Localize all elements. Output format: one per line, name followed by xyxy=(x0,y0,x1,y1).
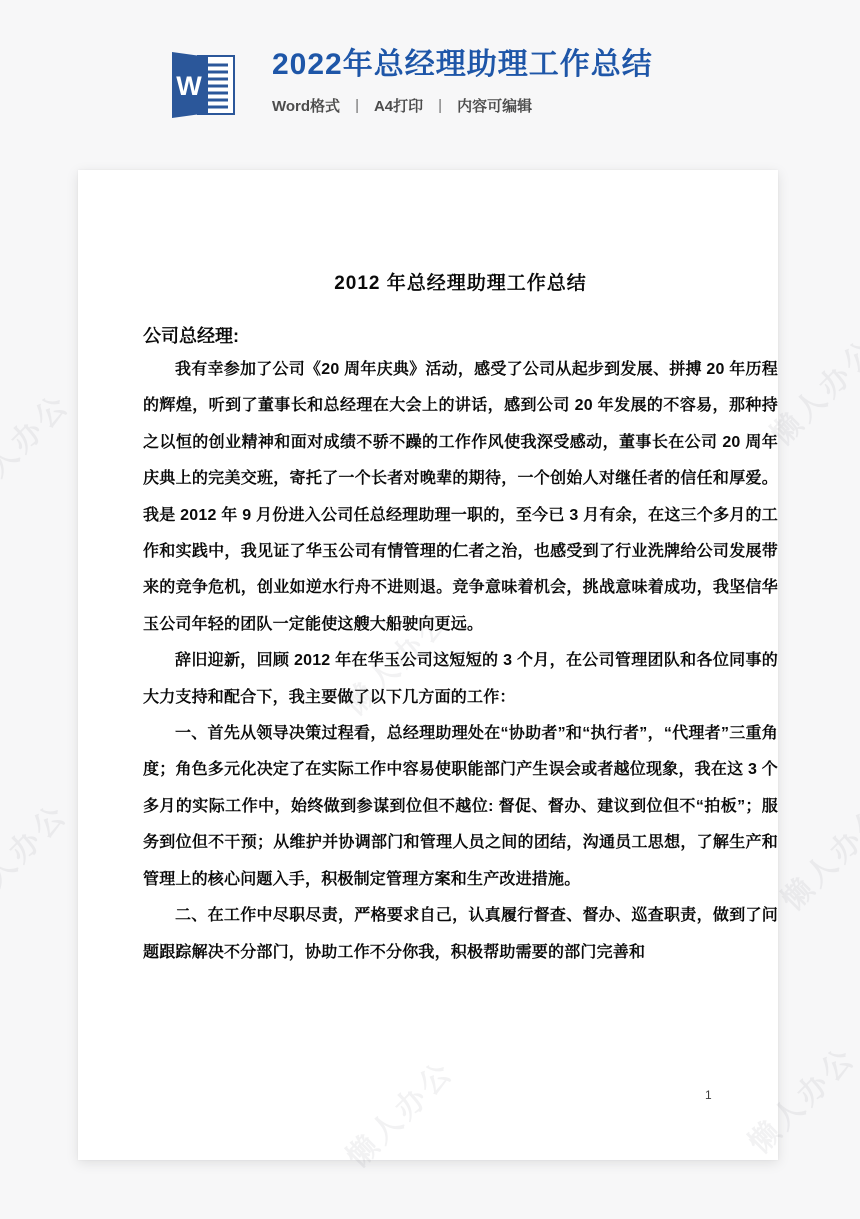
paragraph: 辞旧迎新，回顾 2012 年在华玉公司这短短的 3 个月，在公司管理团队和各位同… xyxy=(143,643,778,716)
paragraph: 二、在工作中尽职尽责，严格要求自己，认真履行督查、督办、巡查职责，做到了问题跟踪… xyxy=(143,898,778,971)
word-logo-icon: W xyxy=(162,48,240,124)
subtitle-item-print: A4打印 xyxy=(374,95,423,116)
paragraph: 我有幸参加了公司《20 周年庆典》活动，感受了公司从起步到发展、拼搏 20 年历… xyxy=(143,352,778,643)
paragraph: 一、首先从领导决策过程看，总经理助理处在“协助者”和“执行者”，“代理者”三重角… xyxy=(143,716,778,898)
subtitle-item-editable: 内容可编辑 xyxy=(457,95,532,116)
header-text: 2022年总经理助理工作总结 Word格式 | A4打印 | 内容可编辑 xyxy=(272,48,653,116)
subtitle-separator: | xyxy=(355,97,359,114)
word-icon-letter: W xyxy=(176,71,202,101)
page-number: 1 xyxy=(705,1088,712,1102)
document-body: 我有幸参加了公司《20 周年庆典》活动，感受了公司从起步到发展、拼搏 20 年历… xyxy=(143,352,778,971)
document-title: 2012 年总经理助理工作总结 xyxy=(143,268,778,295)
subtitle-item-format: Word格式 xyxy=(272,95,340,116)
watermark: 懒人办公 xyxy=(769,791,860,918)
header: W 2022年总经理助理工作总结 Word格式 | A4打印 | 内容可编辑 xyxy=(162,48,653,124)
watermark: 懒人办公 xyxy=(0,381,78,508)
document-content: 2012 年总经理助理工作总结 公司总经理: 我有幸参加了公司《20 周年庆典》… xyxy=(143,268,778,971)
subtitle-separator: | xyxy=(438,97,442,114)
page-subtitle: Word格式 | A4打印 | 内容可编辑 xyxy=(272,95,653,116)
document-salutation: 公司总经理: xyxy=(143,322,778,348)
watermark: 懒人办公 xyxy=(0,791,76,918)
page-title: 2022年总经理助理工作总结 xyxy=(272,48,653,83)
